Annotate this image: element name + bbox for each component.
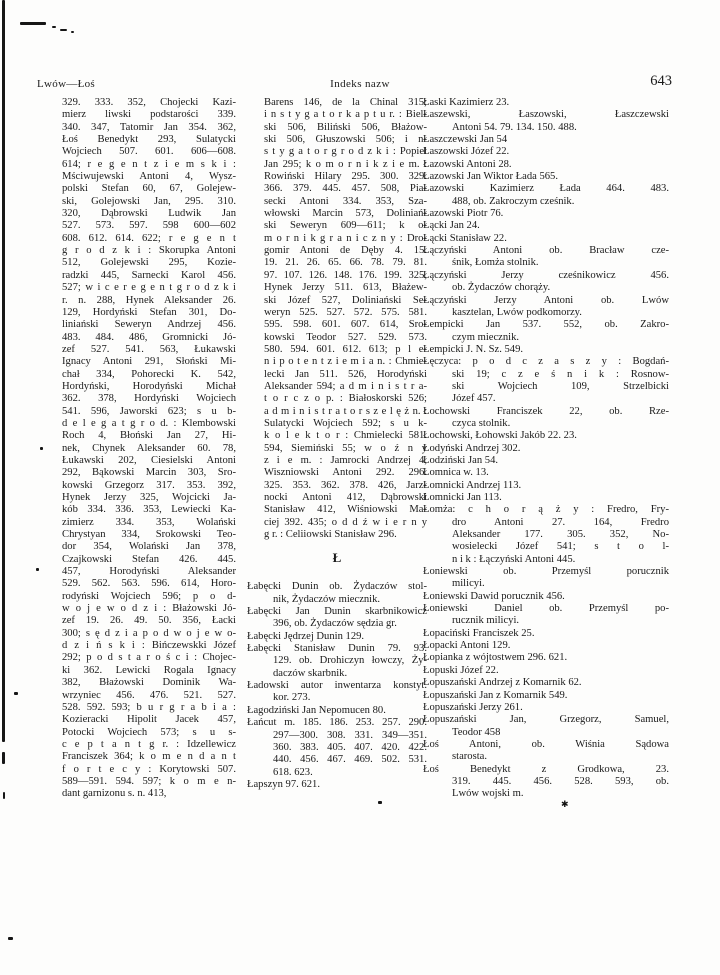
- index-line: w o j e w o d z i : Błażowski Jó-: [62, 603, 236, 615]
- index-line: Wojciech 507. 601. 606—608.: [62, 146, 236, 158]
- index-entry: Łaszowski Józef 22.: [423, 146, 669, 158]
- entry-line: Łempicki J. N. Sz. 549.: [423, 344, 669, 356]
- index-line: 527; w i c e r e g e n t g r o d z k i: [62, 282, 236, 294]
- index-line: 483. 484. 486, Gromnicki Jó-: [62, 332, 236, 344]
- entry-line: nik, Żydaczów miecznik.: [247, 594, 427, 606]
- entry-line: Aleksander 177. 305. 352, No-: [423, 529, 669, 541]
- entry-line: Łopuszański Jerzy 261.: [423, 702, 669, 714]
- entry-line: rucznik milicyi.: [423, 615, 669, 627]
- index-line: weryn 525. 527. 572. 575. 581.: [264, 307, 427, 319]
- entry-line: Łoś Benedykt z Grodkowa, 23.: [423, 764, 669, 776]
- entry-line: Łaski Kazimierz 23.: [423, 97, 669, 109]
- index-line: Chrystyan 334, Srokowski Teo-: [62, 529, 236, 541]
- entry-line: wosielecki Józef 541; s t o l-: [423, 541, 669, 553]
- index-entry: Łabęcki Stanisław Dunin 79. 93.129. ob. …: [247, 643, 427, 680]
- entry-line: Łodziński Jan 54.: [423, 455, 669, 467]
- index-line: dor 354, Wolański Jan 378,: [62, 541, 236, 553]
- index-line: Jan 295; k o m o r n i k z i e m. :: [264, 159, 427, 171]
- index-line: 329. 333. 352, Chojecki Kazi-: [62, 97, 236, 109]
- entry-line: daczów skarbnik.: [247, 668, 427, 680]
- entry-line: 618. 623.: [247, 767, 427, 779]
- index-entry: Łomża: c h o r ą ż y : Fredro, Fry-dro A…: [423, 504, 669, 566]
- index-line: 292, Bąkowski Marcin 303, Sro-: [62, 467, 236, 479]
- entry-line: ski 19; c z e ś n i k : Rosnow-: [423, 369, 669, 381]
- index-line: zef 19. 26. 49. 50. 356, Łacki: [62, 615, 236, 627]
- index-entry: Łochowski Franciszek 22, ob. Rze-czyca s…: [423, 406, 669, 431]
- scan-edge-dash: [2, 752, 5, 764]
- scan-speck: [71, 31, 74, 33]
- entry-line: Łazowski Jan Wiktor Łada 565.: [423, 171, 669, 183]
- scan-speck: [378, 801, 382, 804]
- index-line: 457, Horodyński Aleksander: [62, 566, 236, 578]
- index-paragraph: Barens 146, de la Chinal 315;i n s t y g…: [264, 97, 427, 541]
- entry-line: Łopuski Józef 22.: [423, 665, 669, 677]
- index-line: secki Antoni 334. 353, Sza-: [264, 196, 427, 208]
- index-line: rodyński Wojciech 596; p o d-: [62, 591, 236, 603]
- index-entry: Łazowski Antoni 28.: [423, 159, 669, 171]
- index-line: a d m i n i s t r a t o r s z e l ę ż n.…: [264, 406, 427, 418]
- entry-line: Łoś Antoni, ob. Wiśnia Sądowa: [423, 739, 669, 751]
- index-line: Roch 4, Błoński Jan 27, Hi-: [62, 430, 236, 442]
- index-line: Wiszniowski Antoni 292. 296.: [264, 467, 427, 479]
- entry-line: Łopuszański Andrzej z Komarnik 62.: [423, 677, 669, 689]
- index-line: c e p t a n t g r. : Idzellewicz: [62, 739, 236, 751]
- index-line: Potocki Wojciech 573; s u s-: [62, 727, 236, 739]
- index-line: Hordyński, Horodyński Michał: [62, 381, 236, 393]
- entry-line: Łomnica w. 13.: [423, 467, 669, 479]
- entry-line: czym miecznik.: [423, 332, 669, 344]
- entry-line: Łabęcki Stanisław Dunin 79. 93.: [247, 643, 427, 655]
- entry-line: Łoniewski Dawid porucznik 456.: [423, 591, 669, 603]
- index-entry: Łempicki Jan 537. 552, ob. Zakro-czym mi…: [423, 319, 669, 344]
- entry-line: Łabęcki Jędrzej Dunin 129.: [247, 631, 427, 643]
- index-entry: Łącki Stanisław 22.: [423, 233, 669, 245]
- index-line: k o l e k t o r : Chmielecki 581.: [264, 430, 427, 442]
- index-entry: Łoniewski Daniel ob. Przemyśl po-rucznik…: [423, 603, 669, 628]
- entry-line: Łochowski Franciszek 22, ob. Rze-: [423, 406, 669, 418]
- entry-line: 319. 445. 456. 528. 593, ob.: [423, 776, 669, 788]
- index-line: 366. 379. 445. 457. 508, Pia-: [264, 183, 427, 195]
- entry-line: Łopacki Antoni 129.: [423, 640, 669, 652]
- index-entry: Łabęcki Jędrzej Dunin 129.: [247, 631, 427, 643]
- entry-line: Łomnicki Jan 113.: [423, 492, 669, 504]
- entry-line: Łabęcki Jan Dunin skarbnikowicz: [247, 606, 427, 618]
- entry-line: Lwów wojski m.: [423, 788, 669, 800]
- entry-line: milicyi.: [423, 578, 669, 590]
- index-entry: Łazowski Piotr 76.: [423, 208, 669, 220]
- entry-line: śnik, Łomża stolnik.: [423, 257, 669, 269]
- index-line: 614; r e g e n t z i e m s k i :: [62, 159, 236, 171]
- entry-line: Łopuszański Jan z Komarnik 549.: [423, 690, 669, 702]
- index-line: dant garnizonu s. n. 413,: [62, 788, 236, 800]
- index-entry: Łazowski Kazimierz Łada 464. 483.488, ob…: [423, 183, 669, 208]
- index-line: 97. 107. 126. 148. 176. 199. 325,: [264, 270, 427, 282]
- index-line: Rowiński Hilary 295. 300. 329.: [264, 171, 427, 183]
- entry-line: Łagodziński Jan Nepomucen 80.: [247, 705, 427, 717]
- entry-line: kor. 273.: [247, 692, 427, 704]
- entry-line: Łaszowski Józef 22.: [423, 146, 669, 158]
- index-entry: Łączyński Jerzy cześnikowicz 456.ob. Żyd…: [423, 270, 669, 295]
- index-entry: Łoniewski ob. Przemyśl porucznikmilicyi.: [423, 566, 669, 591]
- scan-edge-line: [2, 0, 5, 742]
- index-entry: Łączyński Jerzy Antoni ob. Lwówkasztelan…: [423, 295, 669, 320]
- section-heading: Ł: [247, 551, 427, 565]
- entry-line: Łapszyn 97. 621.: [247, 779, 427, 791]
- scan-speck: [14, 692, 18, 695]
- index-line: 325. 353. 362. 378. 426, Jarz-: [264, 480, 427, 492]
- entry-line: Łopaciński Franciszek 25.: [423, 628, 669, 640]
- page-number: 643: [650, 73, 672, 90]
- index-entry: Łopuszański Jan, Grzegorz, Samuel,Teodor…: [423, 714, 669, 739]
- index-line: gomir Antoni de Dęby 4. 15.: [264, 245, 427, 257]
- entry-line: starosta.: [423, 751, 669, 763]
- entry-line: Łazowski Antoni 28.: [423, 159, 669, 171]
- index-line: 595. 598. 601. 607. 614, Sro-: [264, 319, 427, 331]
- index-line: ski, Golejowski Jan, 295. 310.: [62, 196, 236, 208]
- index-entry: Łęczyca: p o d c z a s z y : Bogdań-ski …: [423, 356, 669, 405]
- index-entry: Łodziński Jan 54.: [423, 455, 669, 467]
- index-line: Kozieracki Hipolit Jacek 457,: [62, 714, 236, 726]
- index-line: 529. 562. 563. 596. 614, Horo-: [62, 578, 236, 590]
- entry-line: 129. ob. Drohiczyn łowczy, Ży-: [247, 655, 427, 667]
- index-entry: Łazowski Jan Wiktor Łada 565.: [423, 171, 669, 183]
- entry-line: Łempicki Jan 537. 552, ob. Zakro-: [423, 319, 669, 331]
- entry-line: Łącki Stanisław 22.: [423, 233, 669, 245]
- entry-line: Łęczyca: p o d c z a s z y : Bogdań-: [423, 356, 669, 368]
- index-line: zef 527. 541. 563, Łukawski: [62, 344, 236, 356]
- entry-line: Łopuszański Jan, Grzegorz, Samuel,: [423, 714, 669, 726]
- scan-speck: [40, 447, 43, 450]
- index-entry: Łopacki Antoni 129.: [423, 640, 669, 652]
- index-line: s t y g a t o r g r o d z k i : Popiel: [264, 146, 427, 158]
- entry-line: Łochowski, Łohowski Jakób 22. 23.: [423, 430, 669, 442]
- index-line: ciej 392. 435; o d d ź w i e r n y: [264, 517, 427, 529]
- scan-speck: [52, 26, 56, 28]
- index-line: kowski Grzegorz 317. 353. 392,: [62, 480, 236, 492]
- entry-line: Łączyński Antoni ob. Bracław cze-: [423, 245, 669, 257]
- entry-line: czyca stolnik.: [423, 418, 669, 430]
- index-entry: Łoś Antoni, ob. Wiśnia Sądowastarosta.: [423, 739, 669, 764]
- index-column-1: 329. 333. 352, Chojecki Kazi-mierz liwsk…: [62, 97, 236, 801]
- index-line: kób 334. 336. 353, Lewiecki Ka-: [62, 504, 236, 516]
- entry-line: 297—300. 308. 331. 349—351.: [247, 730, 427, 742]
- index-line: wrzyniec 456. 476. 521. 527.: [62, 690, 236, 702]
- index-line: n i p o t e n t z i e m i a n. : Chmie-: [264, 356, 427, 368]
- footnote-asterisk: ✱: [561, 799, 569, 810]
- index-line: zimierz 334. 353, Wolański: [62, 517, 236, 529]
- entry-line: Łazowski Piotr 76.: [423, 208, 669, 220]
- index-line: 129, Hordyński Stefan 301, Do-: [62, 307, 236, 319]
- index-line: nocki Antoni 412, Dąbrowski: [264, 492, 427, 504]
- scan-speck: [8, 937, 13, 940]
- entry-line: 396, ob. Żydaczów sędzia gr.: [247, 618, 427, 630]
- entry-line: Łoniewski Daniel ob. Przemyśl po-: [423, 603, 669, 615]
- entry-line: 488, ob. Zakroczym cześnik.: [423, 196, 669, 208]
- index-paragraph: 329. 333. 352, Chojecki Kazi-mierz liwsk…: [62, 97, 236, 801]
- entry-line: Józef 457.: [423, 393, 669, 405]
- index-line: ki 362. Lewicki Rogala Ignacy: [62, 665, 236, 677]
- index-entry: Łapszyn 97. 621.: [247, 779, 427, 791]
- index-line: Ignacy Antoni 291, Słoński Mi-: [62, 356, 236, 368]
- index-entry: Łopuszański Jan z Komarnik 549.: [423, 690, 669, 702]
- scan-dash: [20, 22, 46, 25]
- index-line: nek, Chynek Aleksander 60. 78,: [62, 443, 236, 455]
- index-line: r. n. 288, Hynek Aleksander 26.: [62, 295, 236, 307]
- entry-line: Łącki Jan 24.: [423, 220, 669, 232]
- index-line: 528. 592. 593; b u r g r a b i a :: [62, 702, 236, 714]
- index-entry: Łomnicki Andrzej 113.: [423, 480, 669, 492]
- index-line: włowski Marcin 573, Doliniań-: [264, 208, 427, 220]
- scan-speck: [36, 568, 39, 571]
- index-line: Aleksander 594; a d m i n i s t r a-: [264, 381, 427, 393]
- index-line: ski 506, Biliński 506, Błażow-: [264, 122, 427, 134]
- index-line: 541. 596, Jaworski 623; s u b-: [62, 406, 236, 418]
- index-entry: Łagodziński Jan Nepomucen 80.: [247, 705, 427, 717]
- entry-line: Łańcut m. 185. 186. 253. 257. 290.: [247, 717, 427, 729]
- index-column-2: Barens 146, de la Chinal 315;i n s t y g…: [247, 97, 427, 791]
- index-line: 292; p o d s t a r o ś c i : Chojec-: [62, 652, 236, 664]
- index-entry: Łomnica w. 13.: [423, 467, 669, 479]
- index-entry: Łopianka z wójtostwem 296. 621.: [423, 652, 669, 664]
- index-line: ski Seweryn 609—611; k o-: [264, 220, 427, 232]
- entry-line: ob. Żydaczów chorąży.: [423, 282, 669, 294]
- index-column-3: Łaski Kazimierz 23.Łaszewski, Łaszowski,…: [423, 97, 669, 801]
- entry-line: kasztelan, Lwów podkomorzy.: [423, 307, 669, 319]
- index-line: g r. : Celiiowski Stanisław 296.: [264, 529, 427, 541]
- index-line: 320, Dąbrowski Ludwik Jan: [62, 208, 236, 220]
- index-line: kowski Teodor 527. 529. 573.: [264, 332, 427, 344]
- index-entry: Łaszczewski Jan 54: [423, 134, 669, 146]
- index-line: z i e m. : Jamrocki Andrzej 4,: [264, 455, 427, 467]
- entry-line: 360. 383. 405. 407. 420. 422.: [247, 742, 427, 754]
- index-line: mierz liwski podstarości 339.: [62, 109, 236, 121]
- index-line: 527. 573. 597. 598 600—602: [62, 220, 236, 232]
- index-line: Łukawski 202, Ciesielski Antoni: [62, 455, 236, 467]
- index-line: t o r c z o p. : Białoskorski 526;: [264, 393, 427, 405]
- entry-line: Łączyński Jerzy Antoni ob. Lwów: [423, 295, 669, 307]
- index-line: 382, Błażowski Dominik Wa-: [62, 677, 236, 689]
- index-line: i n s t y g a t o r k a p t u r. : Biel-: [264, 109, 427, 121]
- index-line: 512, Golejewski 295, Kozie-: [62, 257, 236, 269]
- index-line: m o r n i k g r a n i c z n y : Dro-: [264, 233, 427, 245]
- entry-line: Łazowski Kazimierz Łada 464. 483.: [423, 183, 669, 195]
- index-line: 594, Siemiński 55; w o ź n y: [264, 443, 427, 455]
- entry-line: Łomnicki Andrzej 113.: [423, 480, 669, 492]
- index-entry: Łaszewski, Łaszowski, ŁaszczewskiAntoni …: [423, 109, 669, 134]
- index-line: 589—591. 594. 597; k o m e n-: [62, 776, 236, 788]
- index-line: f o r t e c y : Korytowski 507.: [62, 764, 236, 776]
- entry-line: Łaszczewski Jan 54: [423, 134, 669, 146]
- index-entry: Łabęcki Dunin ob. Żydaczów stol-nik, Żyd…: [247, 581, 427, 606]
- entry-line: dro Antoni 27. 164, Fredro: [423, 517, 669, 529]
- index-line: radzki 445, Sarnecki Karol 456.: [62, 270, 236, 282]
- scan-edge-dash: [3, 792, 5, 799]
- index-line: liniański Seweryn Andrzej 456.: [62, 319, 236, 331]
- index-line: Sulatycki Wojciech 592; s u k-: [264, 418, 427, 430]
- entry-line: Łabęcki Dunin ob. Żydaczów stol-: [247, 581, 427, 593]
- index-line: chał 334, Pohorecki K. 542,: [62, 369, 236, 381]
- index-entry: Łoś Benedykt z Grodkowa, 23.319. 445. 45…: [423, 764, 669, 801]
- index-line: Franciszek 364; k o m e n d a n t: [62, 751, 236, 763]
- index-line: d e l e g a t g r o d. : Klembowski: [62, 418, 236, 430]
- index-entry: Ładowski autor inwentarza konstyt.kor. 2…: [247, 680, 427, 705]
- index-line: polski Stefan 60, 67, Golejew-: [62, 183, 236, 195]
- index-line: Mściwujewski Antoni 4, Wysz-: [62, 171, 236, 183]
- index-line: Hynek Jerzy 511. 613, Błażew-: [264, 282, 427, 294]
- entry-line: Ładowski autor inwentarza konstyt.: [247, 680, 427, 692]
- index-line: Czajkowski Stefan 426. 445.: [62, 554, 236, 566]
- entry-line: Antoni 54. 79. 134. 150. 488.: [423, 122, 669, 134]
- index-line: 580. 594. 601. 612. 613; p l e-: [264, 344, 427, 356]
- index-entry: Łopuszański Andrzej z Komarnik 62.: [423, 677, 669, 689]
- entry-line: Łodyński Andrzej 302.: [423, 443, 669, 455]
- index-line: ski 506, Głuszowski 506; i n-: [264, 134, 427, 146]
- index-entry: Łopaciński Franciszek 25.: [423, 628, 669, 640]
- index-entry: Łabęcki Jan Dunin skarbnikowicz396, ob. …: [247, 606, 427, 631]
- index-entry: Łopuski Józef 22.: [423, 665, 669, 677]
- index-entry: Łączyński Antoni ob. Bracław cze-śnik, Ł…: [423, 245, 669, 270]
- index-line: 19. 21. 26. 65. 66. 78. 79. 81.: [264, 257, 427, 269]
- index-entry: Łempicki J. N. Sz. 549.: [423, 344, 669, 356]
- entry-line: Łaszewski, Łaszowski, Łaszczewski: [423, 109, 669, 121]
- index-entry: Łopuszański Jerzy 261.: [423, 702, 669, 714]
- index-line: 362. 378, Hordyński Wojciech: [62, 393, 236, 405]
- scan-speck: [60, 29, 67, 31]
- index-title: Indeks nazw: [0, 78, 720, 90]
- entry-line: Teodor 458: [423, 727, 669, 739]
- page-header: Lwów—Łoś Indeks nazw 643: [0, 76, 720, 92]
- entry-line: 440. 456. 467. 469. 502. 531.: [247, 754, 427, 766]
- index-line: 340. 347, Tatomir Jan 354. 362,: [62, 122, 236, 134]
- index-line: Barens 146, de la Chinal 315;: [264, 97, 427, 109]
- entry-line: ski Wojciech 109, Strzelbicki: [423, 381, 669, 393]
- entry-line: Łoniewski ob. Przemyśl porucznik: [423, 566, 669, 578]
- index-line: Łoś Benedykt 293, Sulatycki: [62, 134, 236, 146]
- index-line: d z i ń s k i : Bińczewskki Józef: [62, 640, 236, 652]
- index-line: Hynek Jerzy 325, Wojcicki Ja-: [62, 492, 236, 504]
- index-entry: Łomnicki Jan 113.: [423, 492, 669, 504]
- index-entry: Łoniewski Dawid porucznik 456.: [423, 591, 669, 603]
- index-entry: Łącki Jan 24.: [423, 220, 669, 232]
- index-entry: Łochowski, Łohowski Jakób 22. 23.: [423, 430, 669, 442]
- index-entry: Łodyński Andrzej 302.: [423, 443, 669, 455]
- index-line: 608. 612. 614. 622; r e g e n t: [62, 233, 236, 245]
- entry-line: n i k : Łączyński Antoni 445.: [423, 554, 669, 566]
- index-line: Stanisław 412, Wiśniowski Ma-: [264, 504, 427, 516]
- entry-line: Łączyński Jerzy cześnikowicz 456.: [423, 270, 669, 282]
- index-entry: Łaski Kazimierz 23.: [423, 97, 669, 109]
- entry-line: Łomża: c h o r ą ż y : Fredro, Fry-: [423, 504, 669, 516]
- index-line: 300; s ę d z i a p o d w o j e w o-: [62, 628, 236, 640]
- entry-line: Łopianka z wójtostwem 296. 621.: [423, 652, 669, 664]
- index-line: lecki Jan 511. 526, Horodyński: [264, 369, 427, 381]
- index-entry: Łańcut m. 185. 186. 253. 257. 290.297—30…: [247, 717, 427, 779]
- index-line: ski Józef 527, Doliniański Se-: [264, 295, 427, 307]
- index-line: g r o d z k i : Skorupka Antoni: [62, 245, 236, 257]
